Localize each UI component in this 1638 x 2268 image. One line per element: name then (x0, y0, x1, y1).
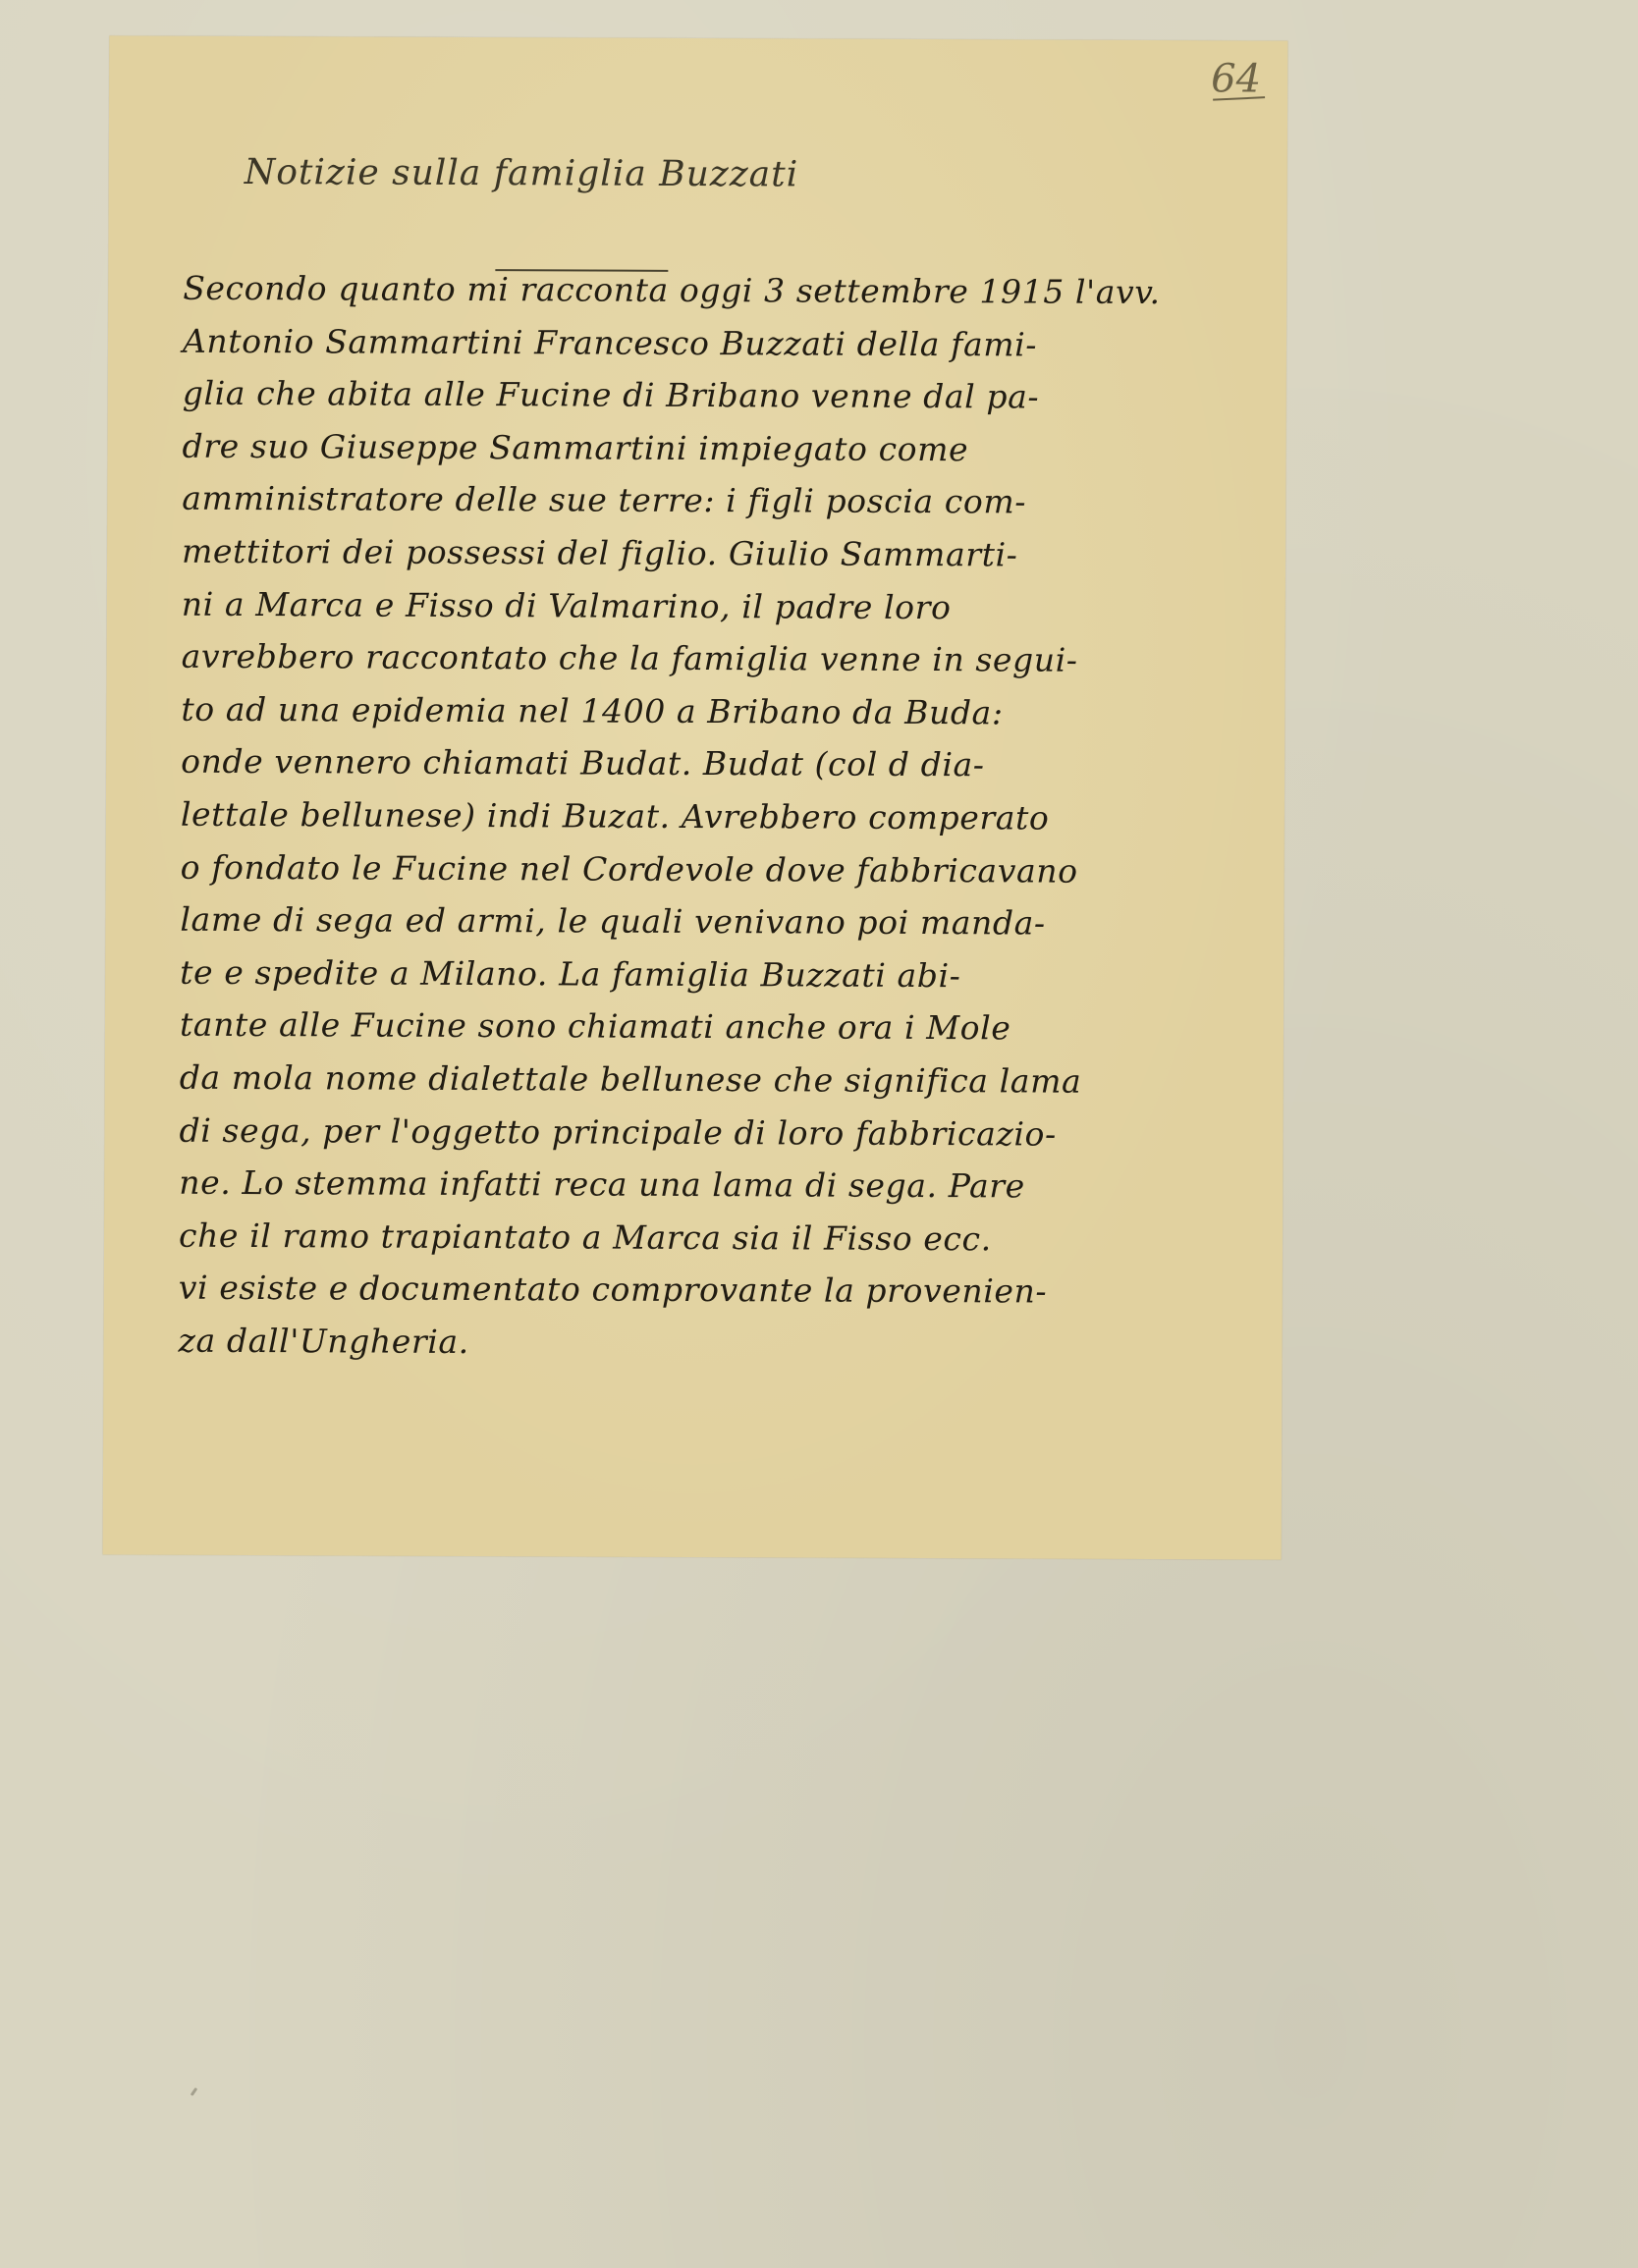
page-number: 64 (1211, 56, 1261, 101)
text-line: onde vennero chiamati Budat. Budat (col … (181, 735, 1281, 792)
text-line: ne. Lo stemma infatti reca una lama di s… (179, 1157, 1279, 1214)
manuscript-body: Secondo quanto mi racconta oggi 3 settem… (178, 262, 1283, 1372)
text-line: ni a Marca e Fisso di Valmarino, il padr… (182, 577, 1282, 634)
text-line: che il ramo trapiantato a Marca sia il F… (179, 1209, 1279, 1266)
document-title: Notizie sulla famiglia Buzzati (245, 152, 799, 194)
text-line: lame di sega ed armi, le quali venivano … (180, 893, 1280, 950)
text-line: dre suo Giuseppe Sammartini impiegato co… (182, 419, 1282, 476)
text-line: Secondo quanto mi racconta oggi 3 settem… (183, 262, 1283, 319)
text-line: o fondato le Fucine nel Cordevole dove f… (181, 840, 1281, 897)
text-line: di sega, per l'oggetto principale di lor… (179, 1104, 1279, 1161)
manuscript-page: 64 Notizie sulla famiglia Buzzati Second… (103, 35, 1288, 1559)
text-line: mettitori dei possessi del figlio. Giuli… (182, 525, 1282, 582)
text-line: da mola nome dialettale bellunese che si… (180, 1052, 1280, 1108)
text-line: Antonio Sammartini Francesco Buzzati del… (183, 314, 1283, 371)
text-line: to ad una epidemia nel 1400 a Bribano da… (181, 682, 1281, 739)
text-line: amministratore delle sue terre: i figli … (182, 472, 1282, 529)
text-line: te e spedite a Milano. La famiglia Buzza… (180, 945, 1280, 1002)
text-line: vi esiste e documentato comprovante la p… (179, 1262, 1279, 1319)
text-line: tante alle Fucine sono chiamati anche or… (180, 999, 1280, 1055)
text-line: lettale bellunese) indi Buzat. Avrebbero… (181, 788, 1281, 845)
text-line: za dall'Ungheria. (178, 1315, 1278, 1372)
text-line: glia che abita alle Fucine di Bribano ve… (183, 367, 1283, 424)
text-line: avrebbero raccontato che la famiglia ven… (182, 630, 1282, 687)
